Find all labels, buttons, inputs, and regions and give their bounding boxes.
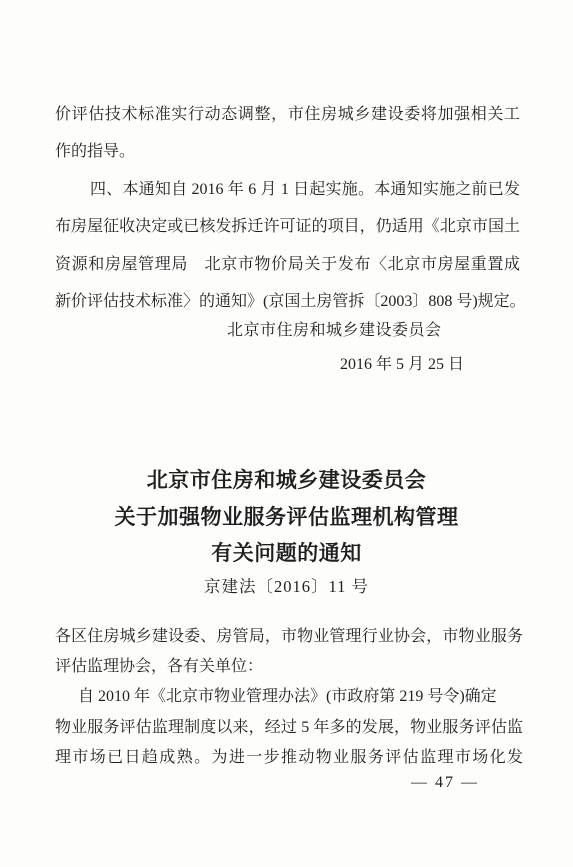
notice1-body-line: 资源和房屋管理局 北京市物价局关于发布〈北京市房屋重置成 <box>55 246 520 283</box>
document-page: 价评估技术标准实行动态调整，市住房城乡建设委将加强相关工 作的指导。 四、本通知… <box>0 0 573 867</box>
notice2-body: 各区住房城乡建设委、房管局，市物业管理行业协会，市物业服务 评估监理协会，各有关… <box>55 622 523 773</box>
notice1-body-line: 布房屋征收决定或已核发拆迁许可证的项目，仍适用《北京市国土 <box>55 208 520 245</box>
notice2-doc-number: 京建法〔2016〕11 号 <box>0 573 573 597</box>
notice1-date: 2016 年 5 月 25 日 <box>340 355 464 375</box>
notice1-body-line: 新价评估技术标准〉的通知》(京国土房管拆〔2003〕808 号)规定。 <box>55 283 520 320</box>
notice1-body-line: 四、本通知自 2016 年 6 月 1 日起实施。本通知实施之前已发 <box>55 171 520 208</box>
notice2-title: 北京市住房和城乡建设委员会 关于加强物业服务评估监理机构管理 有关问题的通知 <box>0 462 573 572</box>
notice2-body-line: 自 2010 年《北京市物业管理办法》(市政府第 219 号令)确定 <box>55 682 523 712</box>
notice1-body: 价评估技术标准实行动态调整，市住房城乡建设委将加强相关工 作的指导。 四、本通知… <box>55 96 520 320</box>
notice2-title-line: 有关问题的通知 <box>0 535 573 572</box>
notice2-body-line: 理市场已日趋成熟。为进一步推动物业服务评估监理市场化发 <box>55 743 523 773</box>
notice1-signature: 北京市住房和城乡建设委员会 <box>227 321 442 341</box>
notice1-body-line: 价评估技术标准实行动态调整，市住房城乡建设委将加强相关工 <box>55 96 520 133</box>
page-number: — 47 — <box>411 774 479 792</box>
notice2-body-line: 各区住房城乡建设委、房管局，市物业管理行业协会，市物业服务 <box>55 622 523 652</box>
notice1-body-line: 作的指导。 <box>55 133 520 170</box>
notice2-body-line: 物业服务评估监理制度以来，经过 5 年多的发展，物业服务评估监 <box>55 713 523 743</box>
notice2-title-line: 关于加强物业服务评估监理机构管理 <box>0 499 573 536</box>
notice2-body-line: 评估监理协会，各有关单位： <box>55 652 523 682</box>
notice2-title-line: 北京市住房和城乡建设委员会 <box>0 462 573 499</box>
